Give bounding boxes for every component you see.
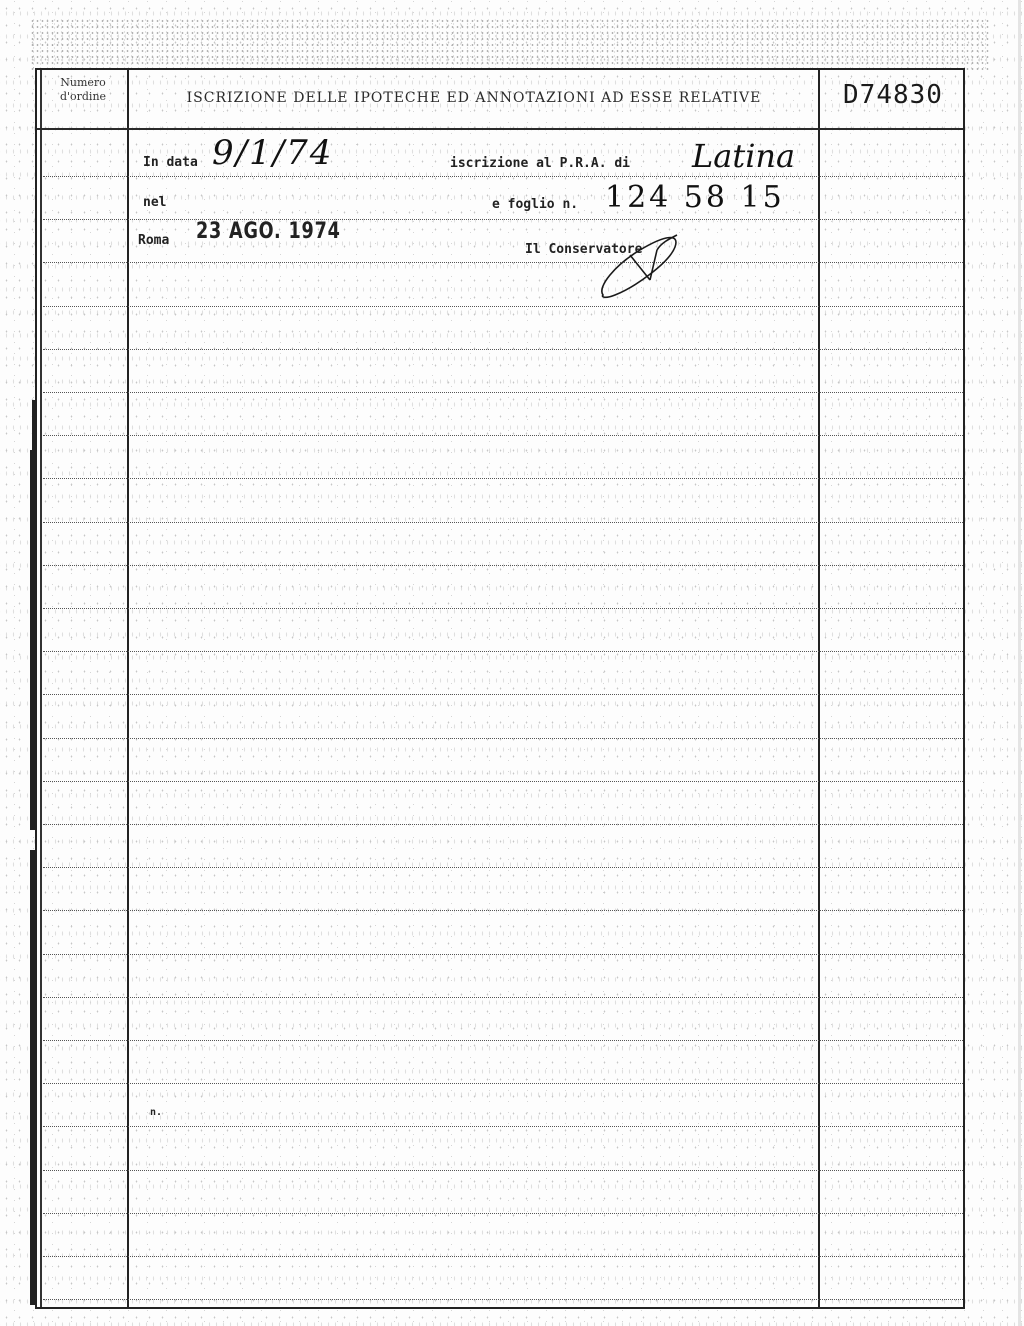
date-stamp: 23 AGO. 1974 [196,219,341,244]
ruled-line [43,522,963,523]
entry-place-handwritten: Latina [692,137,795,175]
ruled-line [43,694,963,695]
ruled-line [43,867,963,868]
ruled-line [43,1213,963,1214]
register-form: Numero d'ordine ISCRIZIONE DELLE IPOTECH… [35,68,965,1309]
ruled-line [43,1040,963,1041]
document-code: D74830 [823,80,963,110]
entry-date-handwritten: 9/1/74 [212,133,333,173]
ruled-line [43,1083,963,1084]
ruled-line [43,565,963,566]
ruled-line [43,1256,963,1257]
ruled-line [43,1126,963,1127]
ruled-line [43,651,963,652]
entry-place-prefix: Roma [138,233,169,248]
ruled-line [43,781,963,782]
entry-line2-prefix: nel [143,195,166,210]
ruled-line [43,910,963,911]
ruled-line [43,435,963,436]
order-number-label: Numero d'ordine [41,76,125,104]
ruled-line [43,349,963,350]
column-divider [818,70,820,1307]
ruled-line [43,176,963,177]
ruled-line [43,392,963,393]
ruled-line [43,738,963,739]
entry-sheet-label: e foglio n. [492,197,578,212]
bottom-note: n. [150,1107,162,1118]
form-title: ISCRIZIONE DELLE IPOTECHE ED ANNOTAZIONI… [131,90,817,106]
entry-sheet-number: 124 58 15 [605,180,785,215]
form-header: Numero d'ordine ISCRIZIONE DELLE IPOTECH… [37,70,963,130]
ruled-line [43,824,963,825]
signature-mark [595,225,685,300]
column-divider [127,70,129,1307]
ruled-line [43,306,963,307]
scan-noise [30,18,990,70]
entry-registration-text: iscrizione al P.R.A. di [450,156,630,171]
ruled-line [43,1170,963,1171]
ruled-line [43,262,963,263]
ruled-line [43,608,963,609]
ruled-line [43,954,963,955]
entry-date-prefix: In data [143,155,198,170]
ruled-line [43,219,963,220]
page-edge [1018,0,1021,1326]
ruled-line [43,478,963,479]
ruled-line [43,1299,963,1300]
ruled-line [43,997,963,998]
